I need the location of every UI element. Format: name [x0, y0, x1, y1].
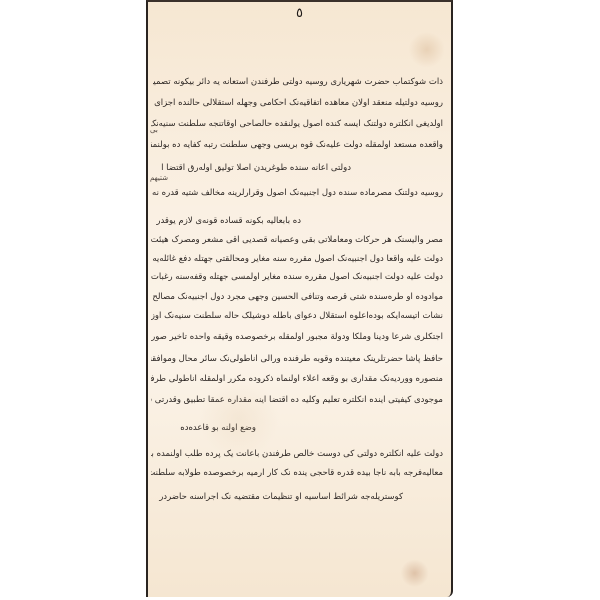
- manuscript-line: اولدیغی انکلتره دولتنک ایسه کنده اصول یو…: [151, 119, 443, 129]
- manuscript-line: دولت علیه دولت اجنبیه‌نک اصول مقرره سنده…: [151, 272, 443, 282]
- manuscript-line: دولتی اعانه سنده طوغریدن اصلا تولیق اوله…: [161, 163, 351, 173]
- manuscript-line: موادوده او طره‌سنده شتی قرصه وتنافی الحس…: [151, 292, 443, 302]
- manuscript-line: دولت علیه واقعا دول اجنبیه‌نک اصول مقرره…: [151, 254, 443, 264]
- margin-note: بی: [150, 126, 158, 134]
- manuscript-line: دولت علیه انکلتره دولتی کی دوست خالص طرف…: [151, 449, 443, 459]
- manuscript-line: حافظ پاشا حضرتلرینک معیتنده وقوبه طرفنده…: [151, 354, 443, 364]
- manuscript-line: وضع اولنه بو قاعده‌ده: [161, 423, 256, 433]
- manuscript-line: ذات شوکتمآب حضرت شهریاری روسیه دولتی طرف…: [153, 77, 443, 87]
- manuscript-line: نشأت اتیسه‌ایکه بوده‌اعلوه استقلال دعوای…: [151, 311, 443, 321]
- manuscript-line: موجودی کیفیتی اینده انکلتره تعلیم وکلیه …: [151, 395, 443, 405]
- manuscript-line: منصوره ووردیه‌نک مقداری بو وقعه اعلاء او…: [151, 374, 443, 384]
- manuscript-line: کوستریله‌جه شرائط اساسیه او تنظیمات مقتض…: [153, 492, 403, 502]
- margin-note: شتیهم: [150, 174, 168, 182]
- manuscript-line: اجتکلری شرعا ودینا وملکا ودولة مجبور اول…: [151, 332, 443, 342]
- manuscript-line: واقعده مستعد اولمقله دولت علیه‌نک قوه بر…: [151, 140, 443, 150]
- manuscript-page: ٥ ذات شوکتمآب حضرت شهریاری روسیه دولتی ط…: [146, 0, 453, 597]
- manuscript-line: مصر والیسنک هر حرکات ومعاملاتی بقی وعصیا…: [151, 235, 443, 245]
- manuscript-line: ده بابعالیه بکونه قساده قونه‌ی لازم یوقد…: [151, 216, 301, 226]
- page-number: ٥: [148, 6, 451, 21]
- manuscript-line: معالیه‌فرجه بابه ناجا بیده قدره قاحجی ین…: [151, 468, 443, 478]
- manuscript-line: روسیه دولتنک مصرماده سنده دول اجنبیه‌نک …: [151, 188, 443, 198]
- manuscript-line: روسیه دولتیله منعقد اولان معاهده اتفاقیه…: [151, 98, 443, 108]
